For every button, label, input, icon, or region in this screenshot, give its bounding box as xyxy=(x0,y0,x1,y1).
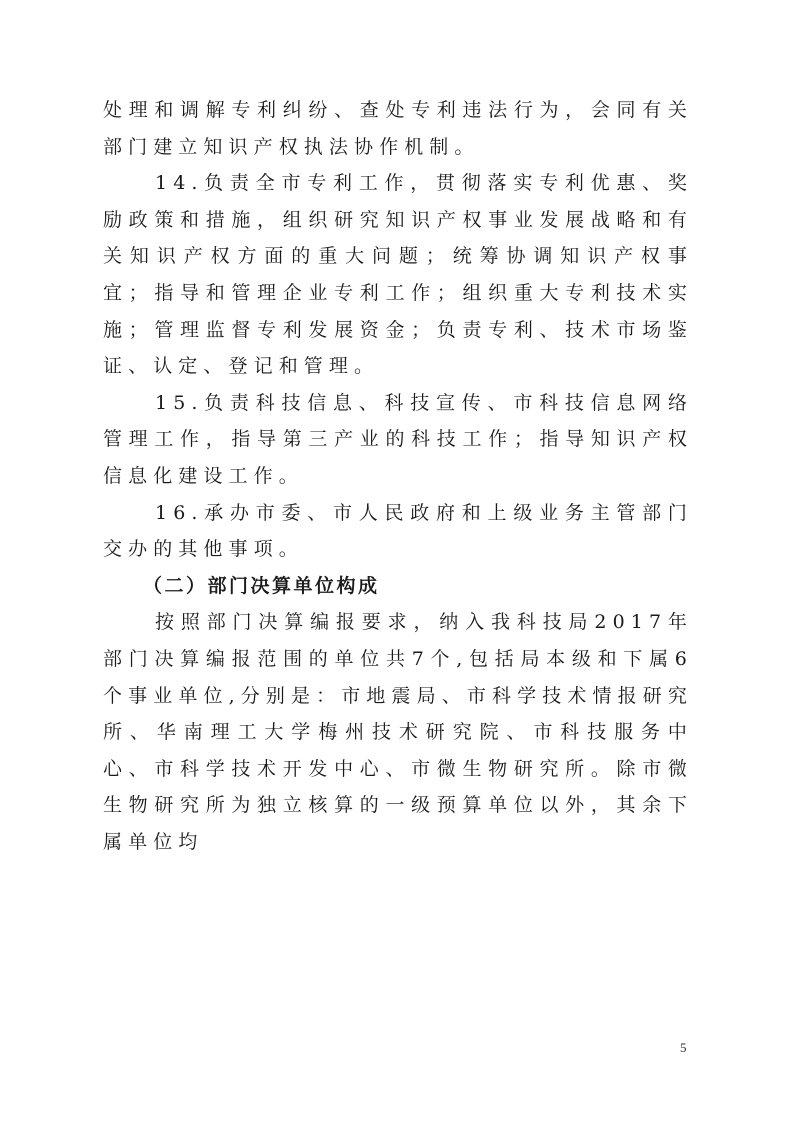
document-page: 处理和调解专利纠纷、查处专利违法行为，会同有关部门建立知识产权执法协作机制。 1… xyxy=(103,92,693,860)
paragraph-item-15: 15.负责科技信息、科技宣传、市科技信息网络管理工作，指导第三产业的科技工作；指… xyxy=(103,385,693,495)
page-number: 5 xyxy=(680,1040,687,1056)
section-body-paragraph: 按照部门决算编报要求，纳入我科技局2017年部门决算编报范围的单位共7个,包括局… xyxy=(103,604,693,860)
paragraph-item-14: 14.负责全市专利工作，贯彻落实专利优惠、奖励政策和措施，组织研究知识产权事业发… xyxy=(103,165,693,385)
section-heading: （二）部门决算单位构成 xyxy=(103,568,693,605)
paragraph-item-13-continuation: 处理和调解专利纠纷、查处专利违法行为，会同有关部门建立知识产权执法协作机制。 xyxy=(103,92,693,165)
paragraph-item-16: 16.承办市委、市人民政府和上级业务主管部门交办的其他事项。 xyxy=(103,495,693,568)
